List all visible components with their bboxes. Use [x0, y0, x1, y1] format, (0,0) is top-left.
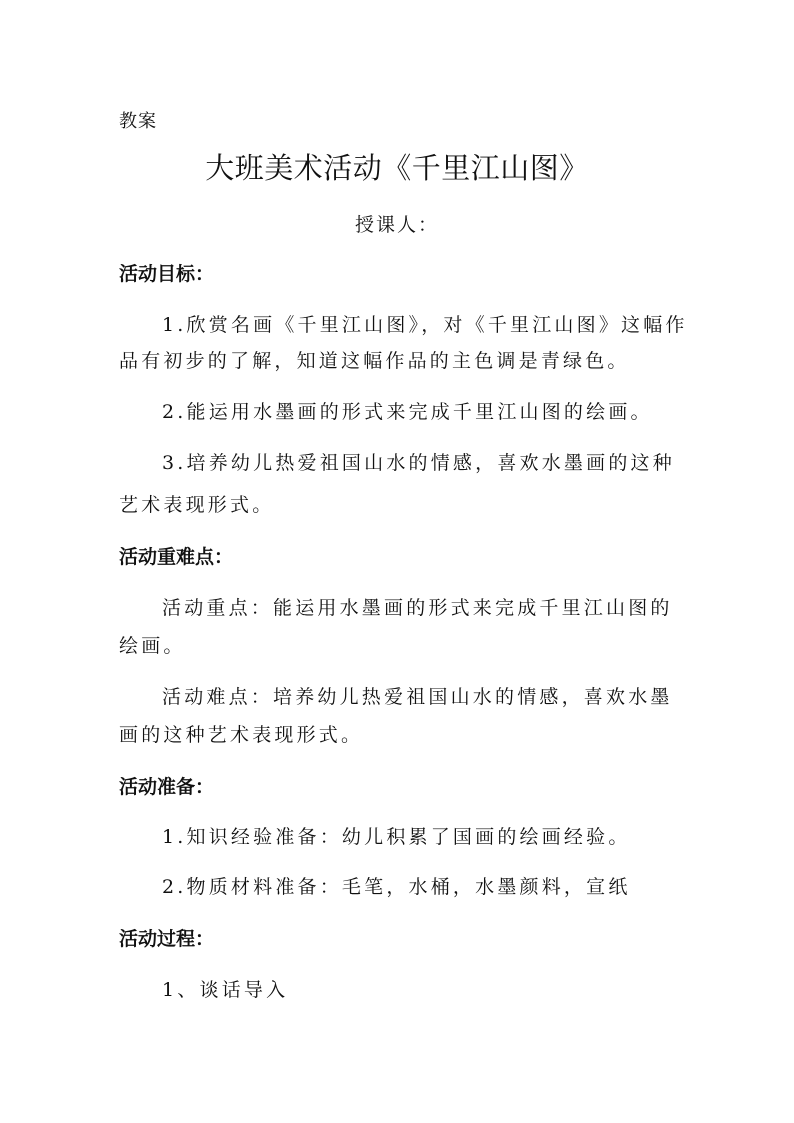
- key-point-line-1: 活动重点：能运用水墨画的形式来完成千里江山图的: [162, 596, 673, 620]
- goal-1-line-2: 品有初步的了解，知道这幅作品的主色调是青绿色。: [119, 349, 630, 373]
- section-heading-goals: 活动目标：: [119, 262, 214, 286]
- difficulty-line-2: 画的这种艺术表现形式。: [119, 723, 363, 747]
- page-title: 大班美术活动《千里江山图》: [0, 150, 794, 186]
- key-point-line-2: 绘画。: [119, 634, 186, 658]
- goal-3-line-2: 艺术表现形式。: [119, 493, 274, 517]
- goal-2: 2.能运用水墨画的形式来完成千里江山图的绘画。: [162, 400, 653, 424]
- section-heading-preparation: 活动准备：: [119, 775, 214, 799]
- section-heading-process: 活动过程：: [119, 927, 214, 951]
- difficulty-line-1: 活动难点：培养幼儿热爱祖国山水的情感，喜欢水墨: [162, 685, 673, 709]
- document-page: 教案 大班美术活动《千里江山图》 授课人： 活动目标： 1.欣赏名画《千里江山图…: [0, 0, 794, 1123]
- preparation-1: 1.知识经验准备：幼儿积累了国画的绘画经验。: [162, 825, 631, 849]
- doc-type-label: 教案: [119, 110, 157, 134]
- preparation-2: 2.物质材料准备：毛笔，水桶，水墨颜料，宣纸: [162, 875, 631, 899]
- goal-3-line-1: 3.培养幼儿热爱祖国山水的情感，喜欢水墨画的这种: [162, 451, 675, 475]
- process-step-1: 1、谈话导入: [162, 978, 288, 1002]
- goal-1-line-1: 1.欣赏名画《千里江山图》，对《千里江山图》这幅作: [162, 313, 688, 337]
- section-heading-key-points: 活动重难点：: [119, 545, 233, 569]
- teacher-field: 授课人：: [0, 210, 794, 237]
